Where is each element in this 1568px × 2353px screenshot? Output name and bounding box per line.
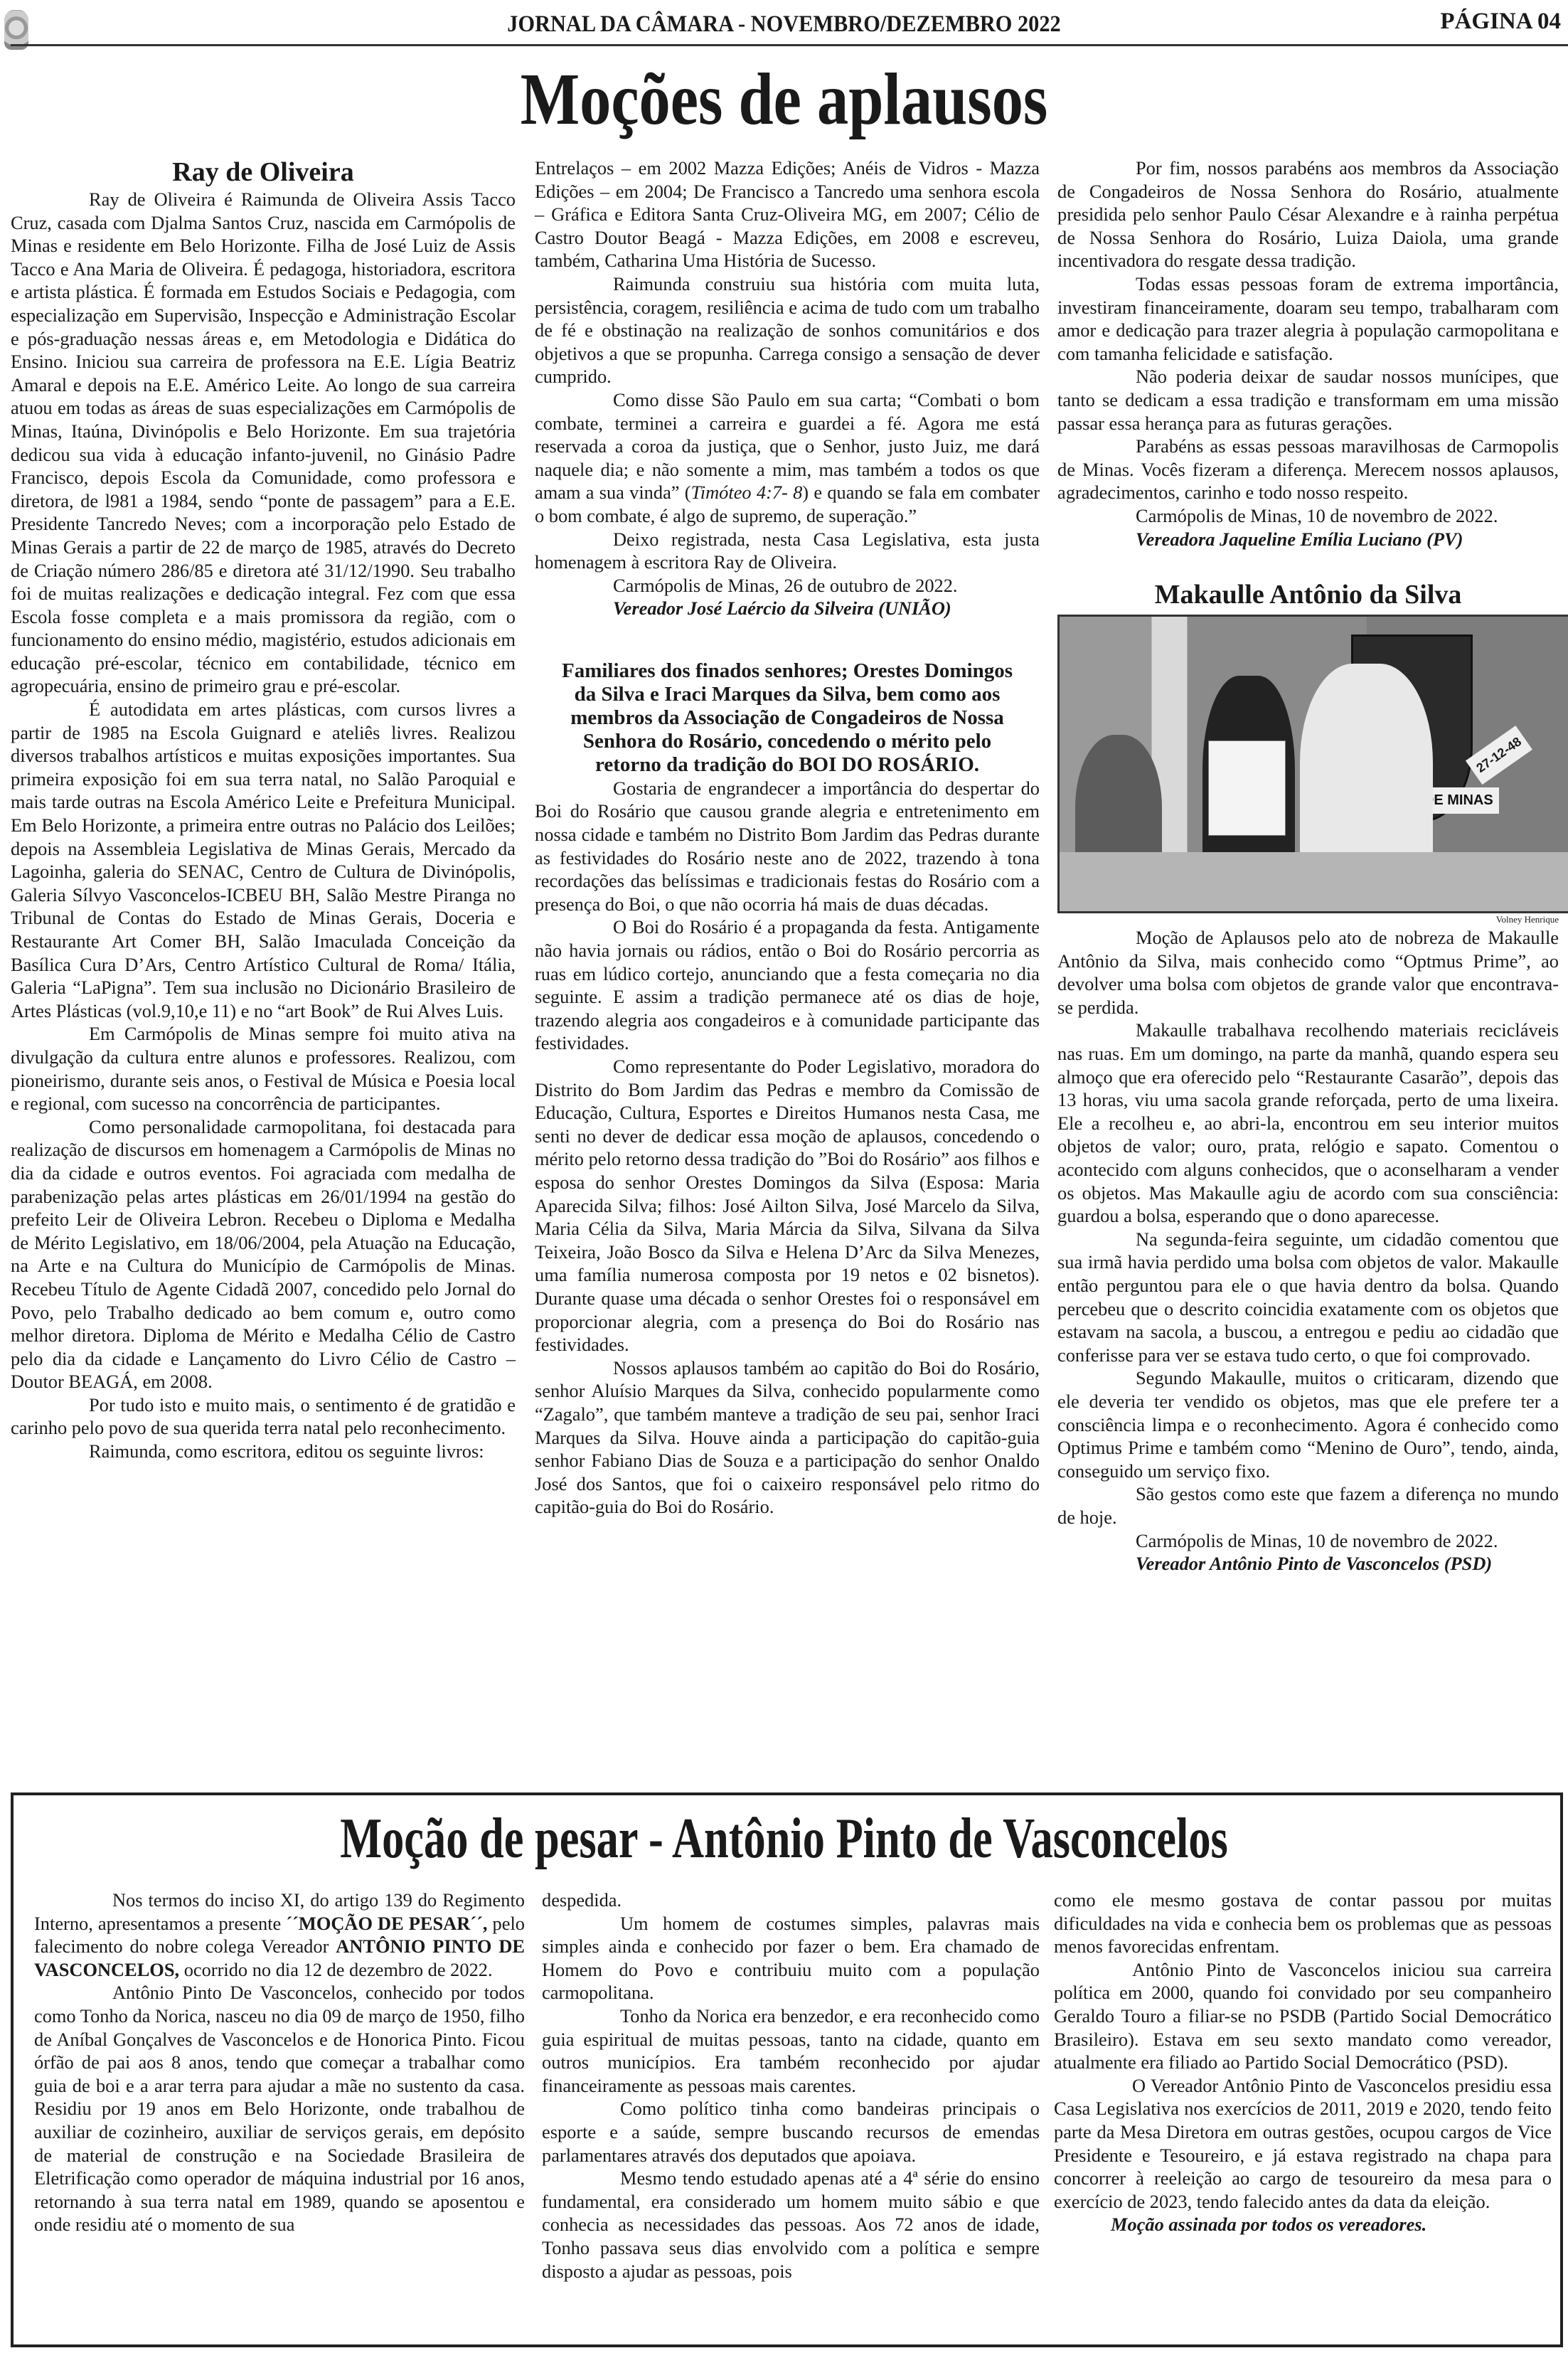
paragraph: Ray de Oliveira é Raimunda de Oliveira A… — [11, 188, 516, 698]
article-heading-ray: Ray de Oliveira — [11, 156, 516, 188]
article-photo: 27-12-48 DE MINAS — [1057, 615, 1568, 913]
paragraph: É autodidata em artes plásticas, com cur… — [11, 698, 516, 1022]
masthead: JORNAL DA CÂMARA - NOVEMBRO/DEZEMBRO 202… — [0, 0, 1568, 50]
paragraph: Tonho da Norica era benzedor, e era reco… — [542, 2004, 1040, 2097]
paragraph: Antônio Pinto De Vasconcelos, conhecido … — [34, 1981, 525, 2236]
photo-credit: Volney Henrique — [1057, 913, 1559, 926]
paragraph: São gestos como este que fazem a diferen… — [1057, 1482, 1559, 1529]
paragraph: Em Carmópolis de Minas sempre foi muito … — [11, 1022, 516, 1115]
paragraph-intro: Nos termos do inciso XI, do artigo 139 d… — [34, 1889, 525, 1981]
paragraph: Segundo Makaulle, muitos o criticaram, d… — [1057, 1366, 1559, 1482]
paragraph: Moção de Aplausos pelo ato de nobreza de… — [1057, 926, 1559, 1019]
bible-reference: Timóteo 4:7- 8 — [691, 482, 803, 503]
paragraph: Parabéns as essas pessoas maravilhosas d… — [1057, 435, 1559, 504]
signature-date: Carmópolis de Minas, 26 de outubro de 20… — [535, 574, 1040, 597]
newspaper-title: JORNAL DA CÂMARA - NOVEMBRO/DEZEMBRO 202… — [63, 11, 1505, 38]
paragraph: Antônio Pinto de Vasconcelos iniciou sua… — [1054, 1958, 1552, 2074]
signature-date: Carmópolis de Minas, 10 de novembro de 2… — [1057, 1529, 1559, 1553]
paragraph: O Vereador Antônio Pinto de Vasconcelos … — [1054, 2074, 1552, 2214]
header-rule — [11, 44, 1568, 46]
certificate — [1208, 740, 1286, 836]
paragraph: Como representante do Poder Legislativo,… — [535, 1055, 1040, 1356]
signature-name: Vereador José Laércio da Silveira (UNIÃO… — [535, 597, 1040, 620]
paragraph: O Boi do Rosário é a propaganda da festa… — [535, 915, 1040, 1055]
paragraph: Nossos aplausos também ao capitão do Boi… — [535, 1356, 1040, 1519]
section-title: Moções de aplausos — [117, 63, 1450, 137]
paragraph: Como político tinha como bandeiras princ… — [542, 2097, 1040, 2167]
condolence-column-1: Nos termos do inciso XI, do artigo 139 d… — [34, 1889, 525, 2236]
paragraph: Na segunda-feira seguinte, um cidadão co… — [1057, 1228, 1559, 1367]
condolence-column-2: despedida. Um homem de costumes simples,… — [542, 1889, 1040, 2283]
paragraph: Raimunda, como escritora, editou os segu… — [11, 1440, 516, 1463]
paragraph: Não poderia deixar de saudar nossos muní… — [1057, 365, 1559, 435]
signature-date: Carmópolis de Minas, 10 de novembro de 2… — [1057, 504, 1559, 528]
paragraph: Todas essas pessoas foram de extrema imp… — [1057, 272, 1559, 365]
column-2: Entrelaços – em 2002 Mazza Edições; Anéi… — [535, 156, 1040, 1519]
paragraph: Por tudo isto e muito mais, o sentimento… — [11, 1393, 516, 1440]
paragraph: Entrelaços – em 2002 Mazza Edições; Anéi… — [535, 156, 1040, 272]
signature-name: Vereador Antônio Pinto de Vasconcelos (P… — [1057, 1552, 1559, 1576]
paragraph: Um homem de costumes simples, palavras m… — [542, 1912, 1040, 2004]
page-number: PÁGINA 04 — [1440, 9, 1561, 35]
column-1: Ray de Oliveira Ray de Oliveira é Raimun… — [11, 156, 516, 1463]
paragraph: Gostaria de engrandecer a importância do… — [535, 777, 1040, 916]
signature-name: Vereadora Jaqueline Emília Luciano (PV) — [1057, 528, 1559, 551]
desk — [1060, 852, 1568, 911]
paragraph: como ele mesmo gostava de contar passou … — [1054, 1889, 1552, 1958]
signature-name: Moção assinada por todos os vereadores. — [1054, 2213, 1552, 2236]
paragraph: Mesmo tendo estudado apenas até a 4ª sér… — [542, 2167, 1040, 2283]
paragraph: despedida. — [542, 1889, 1040, 1912]
ribbon-date: 27-12-48 — [1466, 726, 1532, 785]
article-heading-makaulle: Makaulle Antônio da Silva — [1057, 579, 1559, 610]
paragraph-quote: Como disse São Paulo em sua carta; “Comb… — [535, 388, 1040, 528]
condolence-title: Moção de pesar - Antônio Pinto de Vascon… — [173, 1810, 1396, 1867]
column-3: Por fim, nossos parabéns aos membros da … — [1057, 156, 1559, 1576]
paragraph: Makaulle trabalhava recolhendo materiais… — [1057, 1019, 1559, 1227]
paragraph: Por fim, nossos parabéns aos membros da … — [1057, 156, 1559, 272]
paragraph: Deixo registrada, nesta Casa Legislativa… — [535, 528, 1040, 574]
paragraph: Como personalidade carmopolitana, foi de… — [11, 1115, 516, 1393]
condolence-column-3: como ele mesmo gostava de contar passou … — [1054, 1889, 1552, 2236]
paragraph: Raimunda construiu sua história com muit… — [535, 272, 1040, 388]
article-heading-boi: Familiares dos finados senhores; Orestes… — [535, 659, 1040, 777]
